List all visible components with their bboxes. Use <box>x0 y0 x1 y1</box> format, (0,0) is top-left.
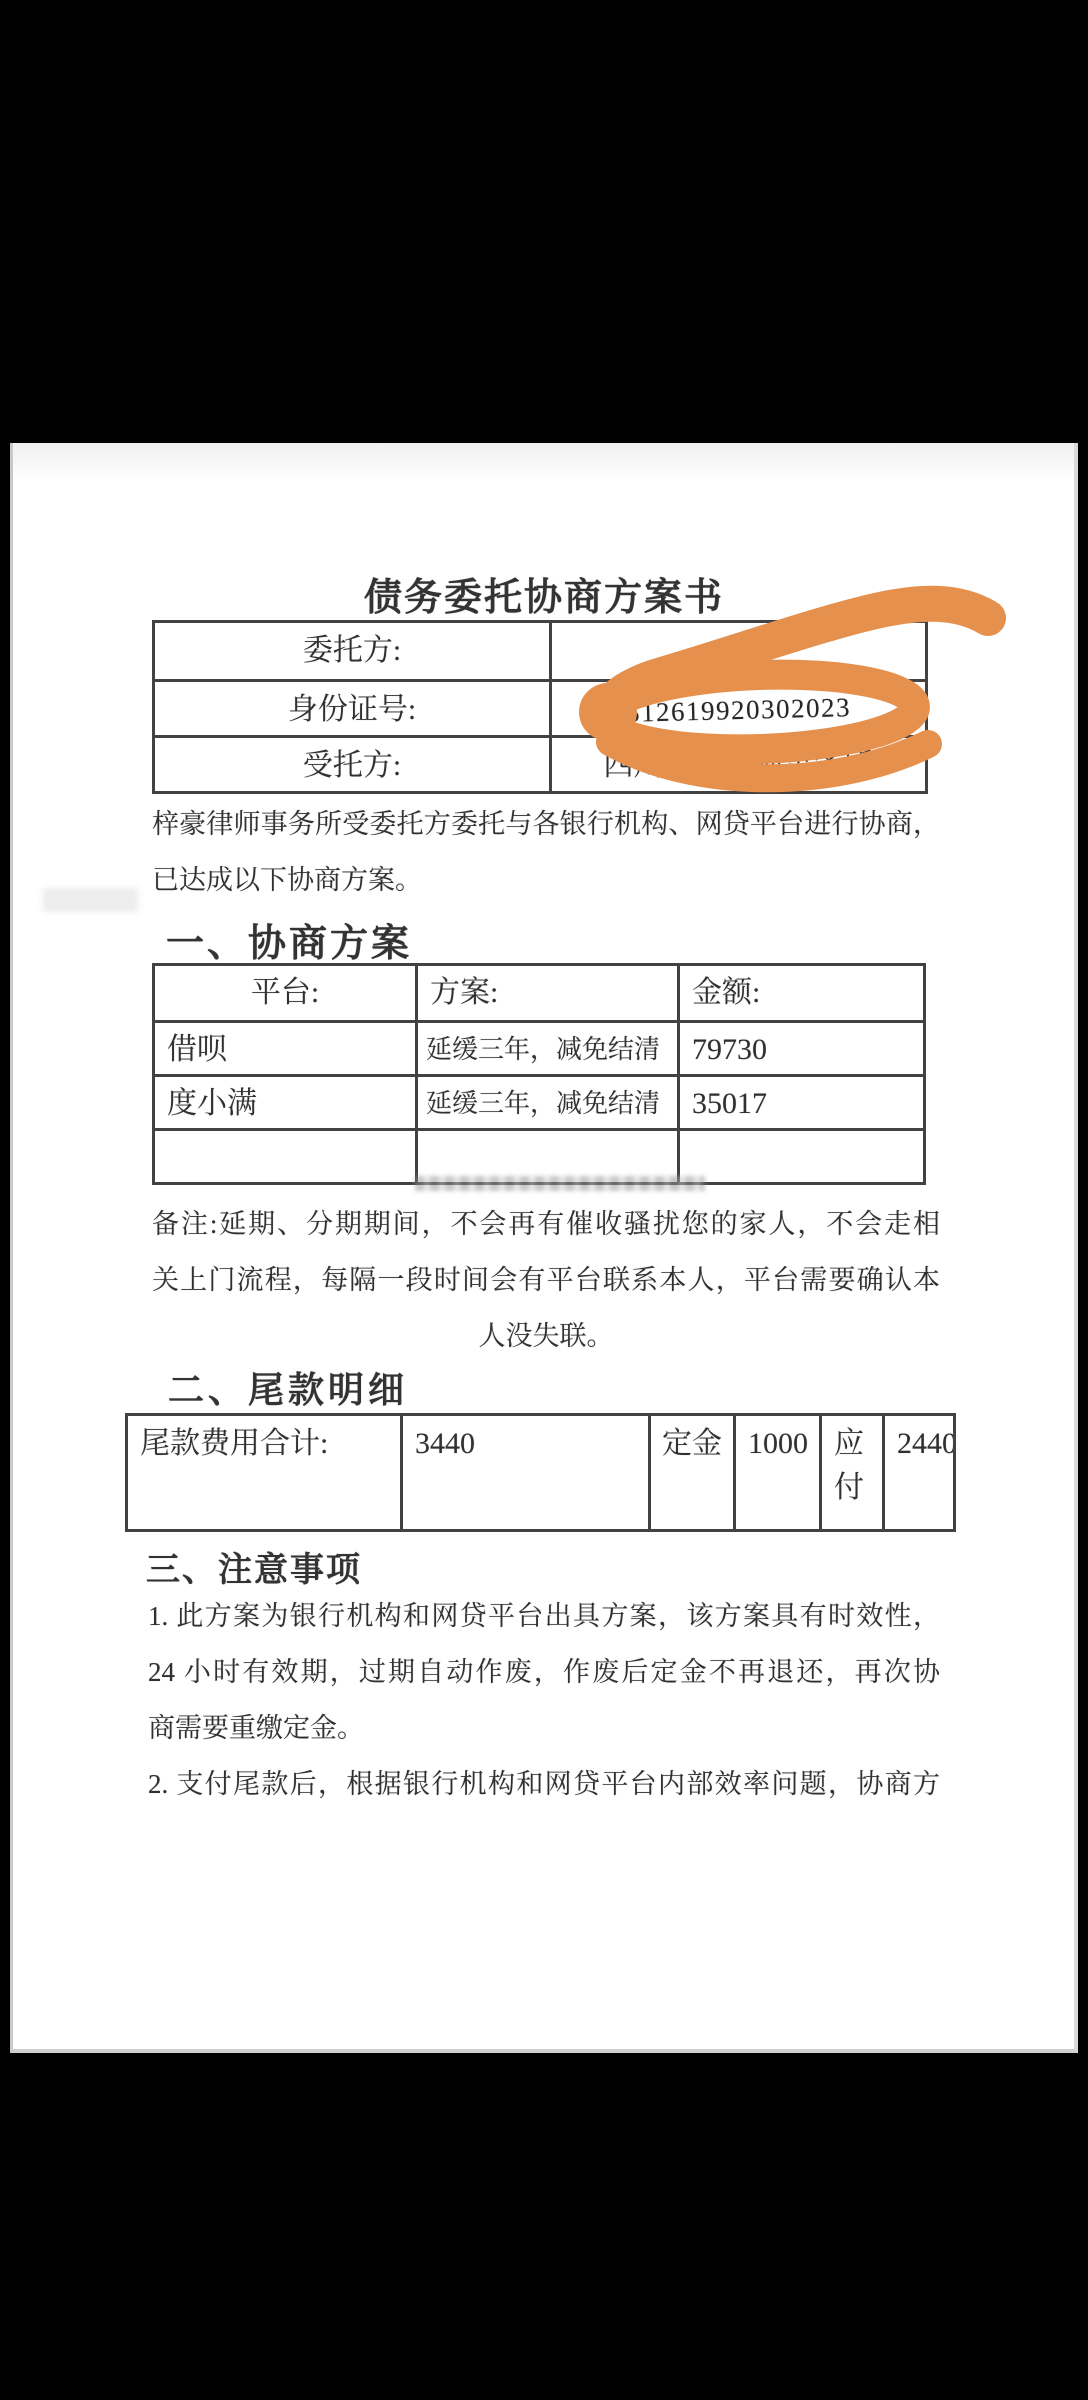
plan-row-platform <box>155 1128 415 1182</box>
section2-heading: 二、尾款明细 <box>168 1362 408 1413</box>
notes-line: 24 小时有效期，过期自动作废，作废后定金不再退还，再次协 <box>148 1644 940 1700</box>
plan-row-amount: 35017 <box>677 1074 923 1128</box>
plan-row-amount <box>677 1128 923 1182</box>
info-label-client: 委托方: <box>155 623 549 679</box>
deposit-value: 1000 <box>733 1416 819 1529</box>
plan-header-plan: 方案: <box>415 966 677 1020</box>
intro-paragraph: 梓豪律师事务所受委托方委托与各银行机构、网贷平台进行协商， 已达成以下协商方案。 <box>152 796 940 908</box>
section3-heading: 三、注意事项 <box>146 1542 362 1591</box>
page-corner-smudge <box>43 888 138 912</box>
plan-header-amount: 金额: <box>677 966 923 1020</box>
notes-line: 2. 支付尾款后，根据银行机构和网贷平台内部效率问题，协商方 <box>148 1756 940 1812</box>
info-label-id: 身份证号: <box>155 679 549 735</box>
info-table: 委托方: 身份证号: 512619920302023 受托方: 四川梓豪律师事务… <box>152 620 928 794</box>
info-value-id: 512619920302023 <box>549 679 925 735</box>
remark-line: 关上门流程，每隔一段时间会有平台联系本人，平台需要确认本 <box>152 1252 940 1308</box>
remark-paragraph: 备注:延期、分期期间，不会再有催收骚扰您的家人，不会走相 关上门流程，每隔一段时… <box>152 1196 940 1364</box>
notes-line: 1. 此方案为银行机构和网贷平台出具方案，该方案具有时效性， <box>148 1588 940 1644</box>
notes-line: 商需要重缴定金。 <box>148 1700 940 1756</box>
plan-row-amount: 79730 <box>677 1020 923 1074</box>
plan-row-platform: 借呗 <box>155 1020 415 1074</box>
notes-paragraph: 1. 此方案为银行机构和网贷平台出具方案，该方案具有时效性， 24 小时有效期，… <box>148 1588 940 1812</box>
info-value-client <box>549 623 925 679</box>
page-top-shade <box>13 443 1074 481</box>
plan-header-platform: 平台: <box>155 966 415 1020</box>
deposit-label: 定金 <box>648 1416 733 1529</box>
page-title: 债务委托协商方案书 <box>150 566 938 621</box>
intro-line: 已达成以下协商方案。 <box>152 852 940 908</box>
remark-line: 备注:延期、分期期间，不会再有催收骚扰您的家人，不会走相 <box>152 1196 940 1252</box>
balance-table: 尾款费用合计: 3440 定金 1000 应付 2440 <box>125 1413 956 1532</box>
plan-row-plan: 延缓三年，减免结清 <box>415 1074 677 1128</box>
watermark-smudge <box>415 1176 705 1191</box>
remark-line: 人没失联。 <box>152 1308 940 1364</box>
payable-label: 应付 <box>819 1416 882 1529</box>
id-number-text: 512619920302023 <box>625 679 851 735</box>
payable-value: 2440 <box>882 1416 953 1529</box>
section1-heading: 一、协商方案 <box>166 912 412 967</box>
plan-table: 平台: 方案: 金额: 借呗 延缓三年，减免结清 79730 度小满 延缓三年，… <box>152 963 926 1185</box>
info-value-trustee: 四川梓豪律师事务所 <box>549 735 925 791</box>
plan-row-platform: 度小满 <box>155 1074 415 1128</box>
screenshot-root: 债务委托协商方案书 委托方: 身份证号: 512619920302023 受托方… <box>0 0 1088 2400</box>
plan-row-plan: 延缓三年，减免结清 <box>415 1020 677 1074</box>
balance-total-value: 3440 <box>400 1416 648 1529</box>
balance-total-label: 尾款费用合计: <box>128 1416 400 1529</box>
intro-line: 梓豪律师事务所受委托方委托与各银行机构、网贷平台进行协商， <box>152 796 940 852</box>
plan-row-plan <box>415 1128 677 1182</box>
info-label-trustee: 受托方: <box>155 735 549 791</box>
